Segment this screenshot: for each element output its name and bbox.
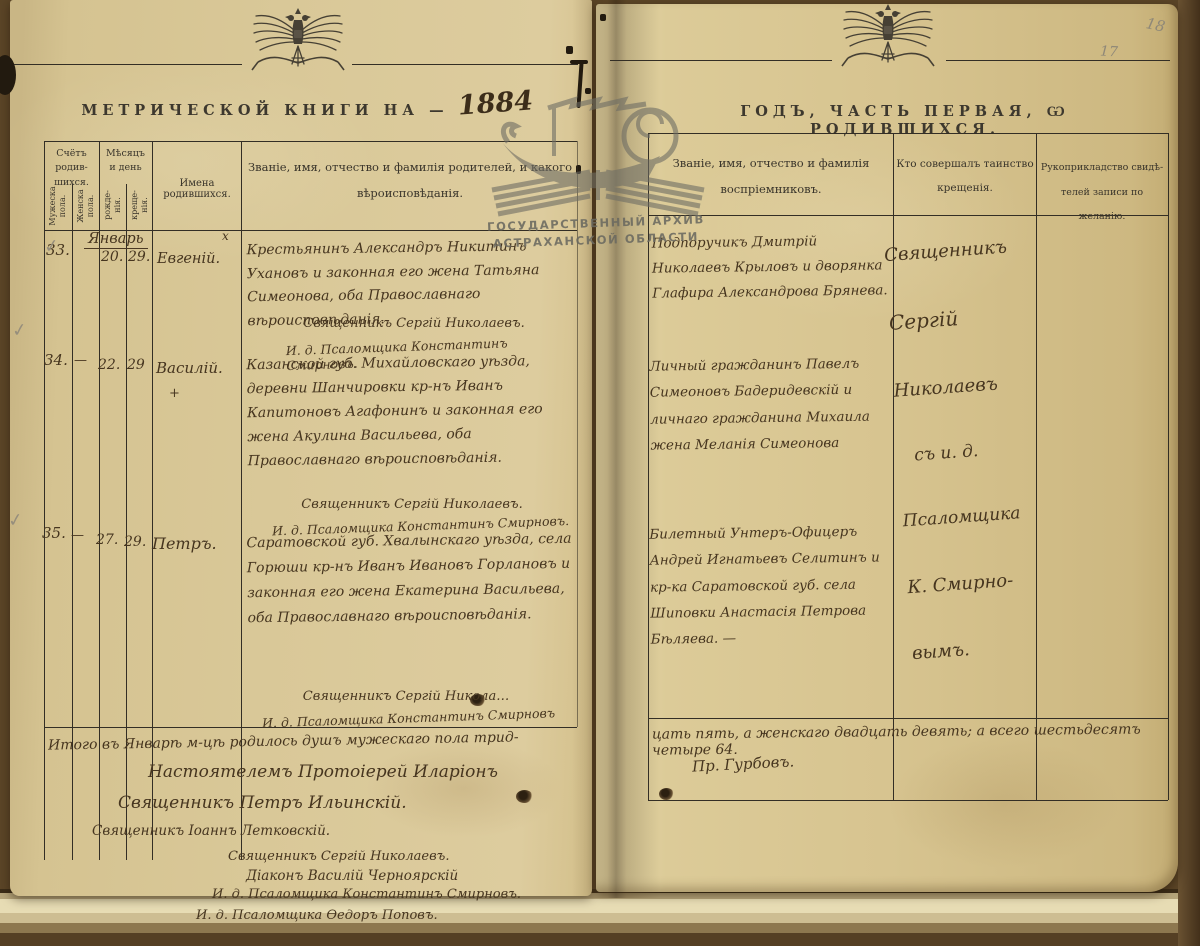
imperial-eagle-vignette [250,6,346,78]
record-33-mark: х [222,229,229,243]
pencil-checkmark: ✓ [43,235,61,258]
record-34-baptized-day: 29 [127,357,145,373]
left-page-title: МЕТРИЧЕСКОЙ КНИГИ НА — [70,102,460,119]
signature-psalmist-popov: И. д. Псаломщика Ѳедоръ Поповъ. [196,908,438,923]
record-35-number: 35. [42,524,66,542]
summary-right: цать пять, а женскаго двадцать девять; а… [652,721,1164,758]
record-34-priest: Священникъ Сергій Николаевъ. [256,497,568,512]
record-34-parents: Казанской губ. Михайловскаго уѣзда, дере… [246,349,574,474]
record-34-female-dash: — [74,353,87,368]
record-33-priest: Священникъ Сергій Николаевъ. [258,316,570,331]
ornament-rule [610,60,832,61]
metrical-book-scan: МЕТРИЧЕСКОЙ КНИГИ НА — 1884 Счётъ родив-… [0,0,1200,946]
pencil-page-number-top: 18 [1144,14,1166,36]
record-35-priest: Священникъ Сергій Никола… [250,689,562,704]
signature-psalmist-smirnov: И. д. Псаломщика Константинъ Смирновъ. [212,887,521,902]
pencil-page-number-corner: 17 [1100,44,1119,61]
book-right-edge [1178,0,1200,946]
col-header-female: Женска пола. [76,189,96,222]
record-35-born-day: 27. [96,532,118,548]
col-header-names: Имена родившихся. [154,178,240,200]
record-34-number: 34. [44,351,68,369]
signature-priest-letkovsky: Священникъ Іоаннъ Летковскій. [92,823,330,839]
col-header-witness: Рукоприкладство свидѣ- телей записи по ж… [1038,156,1166,230]
record-33-baptized-day: 29. [128,249,150,265]
col-header-born: рожде- нія. [103,190,123,220]
stitch-mark [566,46,573,54]
col-header-baptized: креще- нія. [130,190,150,220]
officiant-line: съ и. д. [898,437,1031,466]
imperial-eagle-vignette [840,2,936,74]
ornament-rule [352,64,578,65]
signature-priest-nikolaev: Священникъ Сергій Николаевъ. [228,849,449,864]
pencil-checkmark: ✓ [11,319,29,342]
col-header-officiant: Кто совершалъ таинство крещенія. [896,152,1034,200]
archive-ship-logo [478,90,718,222]
stitch-mark [600,14,606,21]
month-label: Январь [84,231,148,249]
worm-hole [516,790,533,803]
ornament-rule [946,60,1170,61]
officiant-line: Сергій [888,302,1021,335]
record-35-name: Петръ. [152,534,217,553]
officiant-line: Николаевъ [893,371,1026,401]
pencil-checkmark: ✓ [7,509,25,532]
record-35-female-dash: — [71,528,84,543]
signature-deacon: Діаконъ Василій Черноярскій [246,868,458,884]
signature-priest-ilinsky: Священникъ Петръ Ильинскій. [118,793,407,813]
record-34-cross-mark: + [169,386,180,401]
record-34-godparents: Личный гражданинъ Павелъ Симеоновъ Бадер… [649,350,892,459]
col-header-male: Мужеска пола. [48,186,68,225]
worm-hole [659,788,674,800]
record-35-baptized-day: 29. [124,534,146,550]
record-35-parents: Саратовской губ. Хвалынскаго уѣзда, села… [246,527,573,631]
record-34-name: Василій. [156,359,223,377]
officiant-line: Псаломщика [902,503,1035,532]
signature-rector: Настоятелемъ Протоіерей Иларіонъ [148,762,498,782]
record-33-name: Евгеній. [157,251,220,267]
col-header-count: Счётъ родив- шихся. [44,147,99,190]
ornament-rule [14,64,242,65]
record-33-born-day: 20. [101,249,123,265]
col-header-month-day: Мѣсяцъ и день [99,147,152,176]
officiant-line: К. Смирно- [907,568,1040,598]
record-35-godparents: Билетный Унтеръ-Офицеръ Андрей Игнатьевъ… [649,518,893,653]
record-34-born-day: 22. [98,357,120,373]
